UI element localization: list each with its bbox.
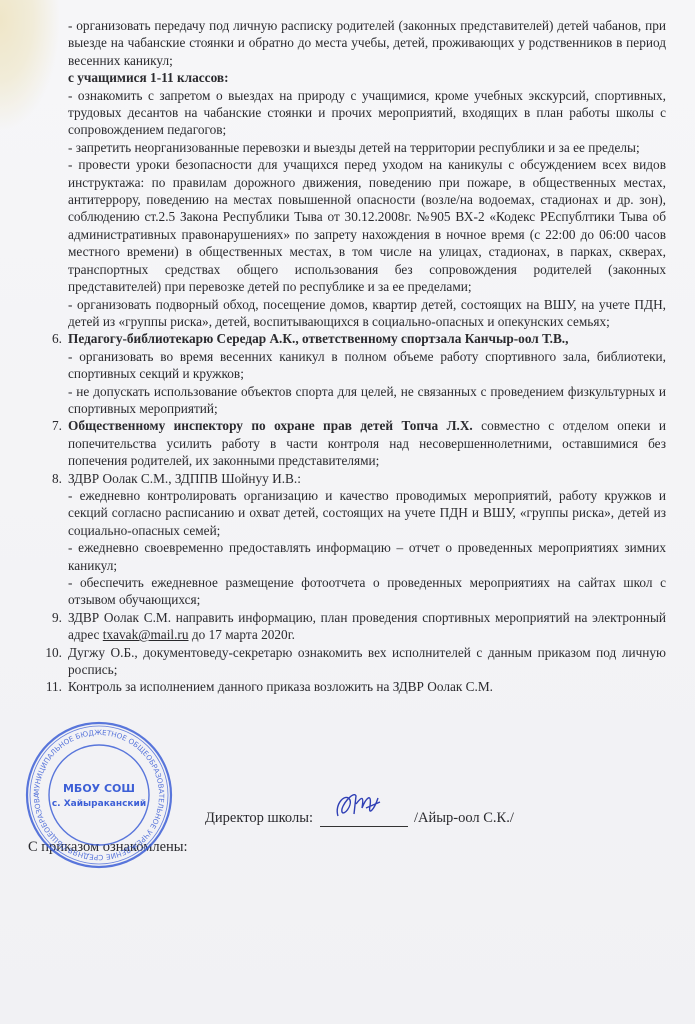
order-item-7: 7. Общественному инспектору по охране пр… [68,417,666,469]
students-point: - запретить неорганизованные перевозки и… [68,139,666,156]
item-addressee: ЗДВР Оолак С.М., ЗДППВ Шойнуу И.В.: [68,470,666,487]
students-point: - провести уроки безопасности для учащих… [68,156,666,295]
item-point: - не допускать использование объектов сп… [68,383,666,418]
signature-label: Директор школы: [205,810,320,827]
item-number: 7. [38,417,62,434]
item-point: - ежедневно контролировать организацию и… [68,487,666,539]
order-item-6: 6. Педагогу-библиотекарю Середар А.К., о… [68,330,666,417]
item-number: 10. [38,644,62,661]
signature-block: Директор школы: /Айыр-оол С.К./ [205,804,514,827]
item-point: - ежедневно своевременно предоставлять и… [68,539,666,574]
item-number: 8. [38,470,62,487]
item-number: 9. [38,609,62,626]
email-link[interactable]: txavak@mail.ru [103,627,189,642]
school-stamp-icon: МУНИЦИПАЛЬНОЕ БЮДЖЕТНОЕ ОБЩЕОБРАЗОВАТЕЛЬ… [24,720,174,870]
order-body: - организовать передачу под личную распи… [68,17,666,696]
item-addressee: Педагогу-библиотекарю Середар А.К., отве… [68,331,568,346]
order-item-11: 11. Контроль за исполнением данного прик… [68,678,666,695]
handwritten-signature-icon [332,786,392,826]
item-number: 6. [38,330,62,347]
item-text: Контроль за исполнением данного приказа … [68,678,666,695]
paragraph-shepherd-children: - организовать передачу под личную распи… [68,17,666,69]
students-point: - ознакомить с запретом о выездах на при… [68,87,666,139]
item-text: Дугжу О.Б., документоведу-секретарю озна… [68,644,666,679]
order-item-9: 9. ЗДВР Оолак С.М. направить информацию,… [68,609,666,644]
item-point: - организовать во время весенних каникул… [68,348,666,383]
item-point: - обеспечить ежедневное размещение фотоо… [68,574,666,609]
stamp-line-1: МБОУ СОШ [63,782,135,795]
director-name: /Айыр-оол С.К./ [414,810,514,827]
item-number: 11. [38,678,62,695]
order-item-10: 10. Дугжу О.Б., документоведу-секретарю … [68,644,666,679]
item-addressee: Общественному инспектору по охране прав … [68,418,473,433]
students-point: - организовать подворный обход, посещени… [68,296,666,331]
order-item-8: 8. ЗДВР Оолак С.М., ЗДППВ Шойнуу И.В.: -… [68,470,666,609]
stamp-line-2: с. Хайыраканский [52,799,146,809]
students-heading: с учащимися 1-11 классов: [68,69,666,86]
signature-line [320,804,408,827]
